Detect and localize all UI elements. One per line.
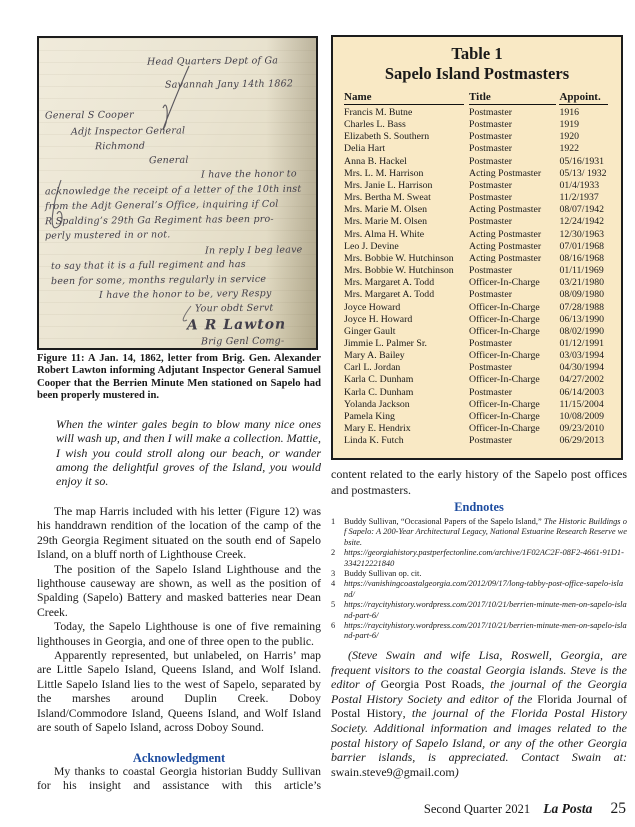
letter-handwriting: Head Quarters Dept of GaSavannah Jany 14… — [39, 38, 316, 348]
table-row: Mrs. Alma H. WhiteActing Postmaster12/30… — [344, 229, 610, 241]
cell-title: Officer-In-Charge — [469, 411, 559, 423]
figure-caption: Figure 11: A Jan. 14, 1862, letter from … — [37, 353, 321, 403]
letter-line: Brig Genl Comg- — [201, 336, 284, 348]
cell-appoint: 08/02/1990 — [559, 326, 610, 338]
column-header-appoint: Appoint. — [559, 91, 610, 107]
cell-title: Postmaster — [469, 435, 559, 447]
table-row: Mary E. HendrixOfficer-In-Charge09/23/20… — [344, 423, 610, 435]
page-footer: Second Quarter 2021 La Posta 25 — [424, 800, 626, 818]
endnote-text: https://raycityhistory.wordpress.com/201… — [344, 600, 627, 621]
footer-page-number: 25 — [611, 800, 627, 817]
endnote-item: 5https://raycityhistory.wordpress.com/20… — [331, 600, 627, 621]
table-title-line1: Table 1 — [344, 44, 610, 64]
table-row: Joyce HowardOfficer-In-Charge07/28/1988 — [344, 302, 610, 314]
cell-title: Acting Postmaster — [469, 241, 559, 253]
letter-line: A R Lawton — [187, 316, 286, 333]
table-header-row: Name Title Appoint. — [344, 91, 610, 107]
endnote-number: 5 — [331, 600, 344, 621]
letter-line: acknowledge the receipt of a letter of t… — [45, 184, 301, 198]
cell-appoint: 03/21/1980 — [559, 277, 610, 289]
cell-appoint: 1919 — [559, 119, 610, 131]
cell-appoint: 1922 — [559, 143, 610, 155]
letter-line: In reply I beg leave — [205, 244, 303, 256]
body-paragraph: The position of the Sapelo Island Lighth… — [37, 563, 321, 621]
cell-title: Officer-In-Charge — [469, 374, 559, 386]
cell-appoint: 11/2/1937 — [559, 192, 610, 204]
endnote-item: 4https://vanishingcoastalgeorgia.com/201… — [331, 579, 627, 600]
letter-line: Head Quarters Dept of Ga — [147, 55, 278, 67]
cell-name: Mrs. Margaret A. Todd — [344, 289, 469, 301]
body-paragraphs: The map Harris included with his letter … — [37, 505, 321, 736]
cell-name: Charles L. Bass — [344, 119, 469, 131]
cell-title: Acting Postmaster — [469, 229, 559, 241]
cell-name: Mrs. Janie L. Harrison — [344, 180, 469, 192]
endnote-text: https://georgiahistory.pastperfectonline… — [344, 548, 627, 569]
table-row: Mrs. Bobbie W. HutchinsonActing Postmast… — [344, 253, 610, 265]
cell-appoint: 06/14/2003 — [559, 387, 610, 399]
table-row: Karla C. DunhamPostmaster06/14/2003 — [344, 387, 610, 399]
endnote-text: https://vanishingcoastalgeorgia.com/2012… — [344, 579, 627, 600]
cell-title: Officer-In-Charge — [469, 350, 559, 362]
cell-name: Mrs. Margaret A. Todd — [344, 277, 469, 289]
table-row: Ginger GaultOfficer-In-Charge08/02/1990 — [344, 326, 610, 338]
cell-title: Postmaster — [469, 338, 559, 350]
letter-line: General S Cooper — [45, 110, 134, 122]
cell-name: Leo J. Devine — [344, 241, 469, 253]
letter-line: General — [149, 155, 189, 166]
cell-name: Carl L. Jordan — [344, 362, 469, 374]
letter-line: Adjt Inspector General — [71, 125, 185, 137]
cell-title: Postmaster — [469, 289, 559, 301]
cell-title: Officer-In-Charge — [469, 314, 559, 326]
cell-title: Officer-In-Charge — [469, 277, 559, 289]
letter-line: perly mustered in or not. — [45, 229, 171, 241]
table-row: Mary A. BaileyOfficer-In-Charge03/03/199… — [344, 350, 610, 362]
cell-name: Mrs. L. M. Harrison — [344, 168, 469, 180]
cell-appoint: 08/07/1942 — [559, 204, 610, 216]
endnote-item: 6https://raycityhistory.wordpress.com/20… — [331, 621, 627, 642]
cell-appoint: 01/11/1969 — [559, 265, 610, 277]
cell-appoint: 09/23/2010 — [559, 423, 610, 435]
block-quote: When the winter gales begin to blow many… — [56, 417, 321, 488]
cell-appoint: 01/4/1933 — [559, 180, 610, 192]
postmasters-table-body: Francis M. ButnePostmaster1916Charles L.… — [344, 107, 610, 447]
letter-line: from the Adjt General’s Office, inquirin… — [45, 199, 279, 212]
cell-title: Postmaster — [469, 180, 559, 192]
footer-issue: Second Quarter 2021 — [424, 802, 530, 816]
table-row: Mrs. Marie M. OlsenActing Postmaster08/0… — [344, 204, 610, 216]
cell-title: Acting Postmaster — [469, 253, 559, 265]
table-title-line2: Sapelo Island Postmasters — [344, 64, 610, 84]
endnotes-heading: Endnotes — [331, 500, 627, 515]
cell-title: Officer-In-Charge — [469, 423, 559, 435]
cell-appoint: 08/16/1968 — [559, 253, 610, 265]
cell-name: Mrs. Marie M. Olsen — [344, 204, 469, 216]
column-header-name: Name — [344, 91, 469, 107]
table-row: Pamela KingOfficer-In-Charge10/08/2009 — [344, 411, 610, 423]
cell-name: Ginger Gault — [344, 326, 469, 338]
cell-appoint: 1916 — [559, 107, 610, 119]
letter-line: R Spalding’s 29th Ga Regiment has been p… — [45, 214, 274, 227]
cell-title: Officer-In-Charge — [469, 399, 559, 411]
journal-page: Head Quarters Dept of GaSavannah Jany 14… — [0, 0, 635, 827]
endnote-text: Buddy Sullivan op. cit. — [344, 569, 627, 579]
cell-name: Mrs. Bertha M. Sweat — [344, 192, 469, 204]
cell-name: Mary A. Bailey — [344, 350, 469, 362]
cell-appoint: 08/09/1980 — [559, 289, 610, 301]
letter-line: to say that it is a full regiment and ha… — [51, 259, 246, 272]
table-row: Charles L. BassPostmaster1919 — [344, 119, 610, 131]
acknowledgment-heading: Acknowledgment — [37, 751, 321, 766]
cell-name: Karla C. Dunham — [344, 374, 469, 386]
endnote-number: 2 — [331, 548, 344, 569]
cell-appoint: 12/30/1963 — [559, 229, 610, 241]
cell-appoint: 06/13/1990 — [559, 314, 610, 326]
endnote-number: 1 — [331, 517, 344, 548]
table-row: Mrs. Janie L. HarrisonPostmaster01/4/193… — [344, 180, 610, 192]
postmasters-table: Table 1 Sapelo Island Postmasters Name T… — [331, 35, 623, 460]
body-paragraph: Today, the Sapelo Lighthouse is one of f… — [37, 620, 321, 649]
cell-title: Postmaster — [469, 265, 559, 277]
body-paragraph: Apparently represented, but unlabeled, o… — [37, 649, 321, 735]
cell-title: Acting Postmaster — [469, 204, 559, 216]
letter-line: Savannah Jany 14th 1862 — [165, 78, 293, 90]
cell-title: Postmaster — [469, 143, 559, 155]
cell-title: Postmaster — [469, 107, 559, 119]
cell-appoint: 04/27/2002 — [559, 374, 610, 386]
letter-line: I have the honor to be, very Respy — [99, 288, 272, 301]
cell-title: Postmaster — [469, 387, 559, 399]
cell-appoint: 03/03/1994 — [559, 350, 610, 362]
cell-name: Yolanda Jackson — [344, 399, 469, 411]
cell-appoint: 01/12/1991 — [559, 338, 610, 350]
cell-title: Postmaster — [469, 216, 559, 228]
footer-journal-title: La Posta — [543, 801, 592, 816]
endnote-item: 2https://georgiahistory.pastperfectonlin… — [331, 548, 627, 569]
table-row: Mrs. Marie M. OlsenPostmaster12/24/1942 — [344, 216, 610, 228]
table-row: Delia HartPostmaster1922 — [344, 143, 610, 155]
cell-name: Mrs. Marie M. Olsen — [344, 216, 469, 228]
table-row: Mrs. Bobbie W. HutchinsonPostmaster01/11… — [344, 265, 610, 277]
table-row: Joyce H. HowardOfficer-In-Charge06/13/19… — [344, 314, 610, 326]
cell-appoint: 12/24/1942 — [559, 216, 610, 228]
cell-title: Acting Postmaster — [469, 168, 559, 180]
cell-appoint: 1920 — [559, 131, 610, 143]
cell-name: Mrs. Bobbie W. Hutchinson — [344, 265, 469, 277]
endnote-number: 6 — [331, 621, 344, 642]
table-row: Jimmie L. Palmer Sr.Postmaster01/12/1991 — [344, 338, 610, 350]
endnote-number: 4 — [331, 579, 344, 600]
table-row: Elizabeth S. SouthernPostmaster1920 — [344, 131, 610, 143]
letter-line: been for some, months regularly in servi… — [51, 274, 266, 287]
endnotes-list: 1Buddy Sullivan, “Occasional Papers of t… — [331, 517, 627, 642]
table-row: Mrs. Margaret A. ToddOfficer-In-Charge03… — [344, 277, 610, 289]
table-row: Mrs. Bertha M. SweatPostmaster11/2/1937 — [344, 192, 610, 204]
cell-name: Mrs. Bobbie W. Hutchinson — [344, 253, 469, 265]
letter-scan-figure: Head Quarters Dept of GaSavannah Jany 14… — [37, 36, 318, 350]
letter-line: Richmond — [95, 141, 145, 153]
table-row: Anna B. HackelPostmaster05/16/1931 — [344, 156, 610, 168]
cell-name: Joyce H. Howard — [344, 314, 469, 326]
cell-title: Postmaster — [469, 362, 559, 374]
cell-name: Mrs. Alma H. White — [344, 229, 469, 241]
cell-name: Jimmie L. Palmer Sr. — [344, 338, 469, 350]
cell-appoint: 11/15/2004 — [559, 399, 610, 411]
table-row: Carl L. JordanPostmaster04/30/1994 — [344, 362, 610, 374]
endnote-number: 3 — [331, 569, 344, 579]
cell-appoint: 07/28/1988 — [559, 302, 610, 314]
cell-name: Karla C. Dunham — [344, 387, 469, 399]
cell-name: Delia Hart — [344, 143, 469, 155]
column-header-title: Title — [469, 91, 559, 107]
endnote-text: https://raycityhistory.wordpress.com/201… — [344, 621, 627, 642]
cell-name: Anna B. Hackel — [344, 156, 469, 168]
cell-name: Linda K. Futch — [344, 435, 469, 447]
cell-name: Francis M. Butne — [344, 107, 469, 119]
letter-line: Your obdt Servt — [195, 303, 274, 315]
continuation-text: content related to the early history of … — [331, 467, 627, 498]
cell-appoint: 07/01/1968 — [559, 241, 610, 253]
acknowledgment-text: My thanks to coastal Georgia historian B… — [37, 765, 321, 794]
postmasters-table-grid: Name Title Appoint. Francis M. ButnePost… — [344, 91, 610, 447]
letter-line: I have the honor to — [201, 168, 297, 180]
table-row: Francis M. ButnePostmaster1916 — [344, 107, 610, 119]
cell-title: Postmaster — [469, 192, 559, 204]
table-row: Yolanda JacksonOfficer-In-Charge11/15/20… — [344, 399, 610, 411]
endnote-item: 1Buddy Sullivan, “Occasional Papers of t… — [331, 517, 627, 548]
cell-name: Elizabeth S. Southern — [344, 131, 469, 143]
cell-title: Postmaster — [469, 119, 559, 131]
table-row: Linda K. FutchPostmaster06/29/2013 — [344, 435, 610, 447]
cell-appoint: 10/08/2009 — [559, 411, 610, 423]
cell-title: Officer-In-Charge — [469, 326, 559, 338]
cell-appoint: 06/29/2013 — [559, 435, 610, 447]
cell-appoint: 04/30/1994 — [559, 362, 610, 374]
endnote-text: Buddy Sullivan, “Occasional Papers of th… — [344, 517, 627, 548]
cell-appoint: 05/16/1931 — [559, 156, 610, 168]
cell-name: Pamela King — [344, 411, 469, 423]
cell-title: Postmaster — [469, 131, 559, 143]
cell-appoint: 05/13/ 1932 — [559, 168, 610, 180]
table-row: Mrs. L. M. HarrisonActing Postmaster05/1… — [344, 168, 610, 180]
cell-name: Joyce Howard — [344, 302, 469, 314]
table-row: Mrs. Margaret A. ToddPostmaster08/09/198… — [344, 289, 610, 301]
cell-name: Mary E. Hendrix — [344, 423, 469, 435]
cell-title: Postmaster — [469, 156, 559, 168]
table-row: Karla C. DunhamOfficer-In-Charge04/27/20… — [344, 374, 610, 386]
closing-paragraph: (Steve Swain and wife Lisa, Roswell, Geo… — [331, 648, 627, 779]
body-paragraph: The map Harris included with his letter … — [37, 505, 321, 563]
table-row: Leo J. DevineActing Postmaster07/01/1968 — [344, 241, 610, 253]
cell-title: Officer-In-Charge — [469, 302, 559, 314]
endnote-item: 3Buddy Sullivan op. cit. — [331, 569, 627, 579]
